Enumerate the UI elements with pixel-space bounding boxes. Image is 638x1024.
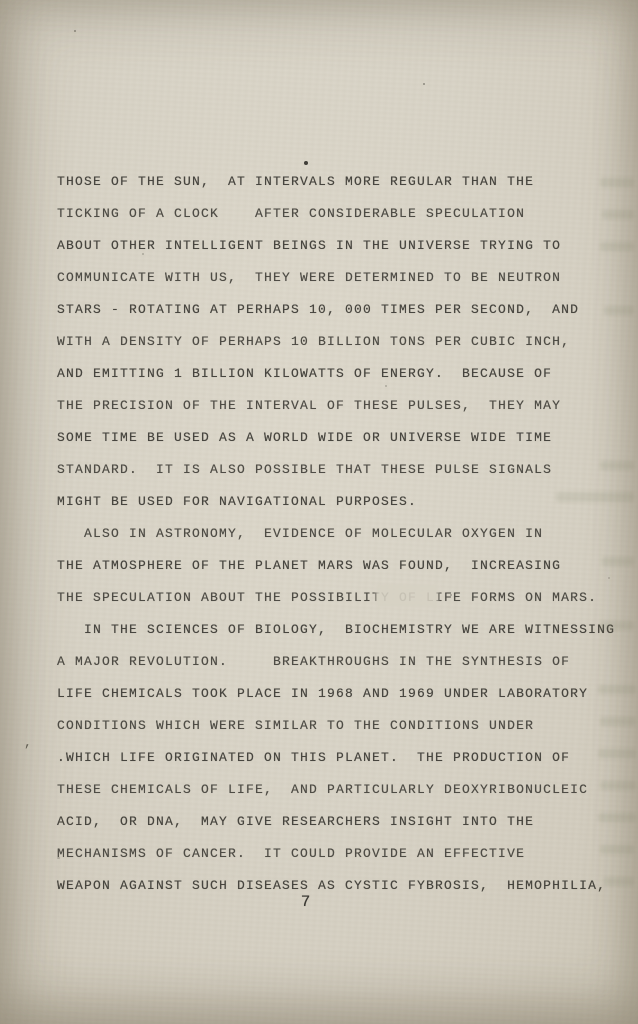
paper-speck: [608, 577, 610, 579]
ink-dot: [304, 161, 308, 165]
text-line: STANDARD. IT IS ALSO POSSIBLE THAT THESE…: [57, 454, 632, 486]
paper-speck: [142, 253, 144, 255]
text-line: A MAJOR REVOLUTION. BREAKTHROUGHS IN THE…: [57, 646, 632, 678]
text-line: MECHANISMS OF CANCER. IT COULD PROVIDE A…: [57, 838, 632, 870]
text-line: WITH A DENSITY OF PERHAPS 10 BILLION TON…: [57, 326, 632, 358]
margin-stray-mark: ,: [24, 735, 32, 750]
bleed-through-mark: [604, 306, 634, 315]
text-line: ACID, OR DNA, MAY GIVE RESEARCHERS INSIG…: [57, 806, 632, 838]
bleed-through-mark: [600, 242, 634, 251]
paper-speck: [450, 594, 452, 596]
text-line: MIGHT BE USED FOR NAVIGATIONAL PURPOSES.: [57, 486, 632, 518]
text-line: IN THE SCIENCES OF BIOLOGY, BIOCHEMISTRY…: [57, 614, 632, 646]
scanned-page: THOSE OF THE SUN, AT INTERVALS MORE REGU…: [0, 0, 638, 1024]
paper-speck: [385, 385, 387, 387]
text-line: LIFE CHEMICALS TOOK PLACE IN 1968 AND 19…: [57, 678, 632, 710]
text-line: THE SPECULATION ABOUT THE POSSIBILITY OF…: [57, 582, 632, 614]
text-line: TICKING OF A CLOCK AFTER CONSIDERABLE SP…: [57, 198, 632, 230]
text-line: ABOUT OTHER INTELLIGENT BEINGS IN THE UN…: [57, 230, 632, 262]
page-number: 7: [294, 893, 318, 911]
bleed-through-mark: [598, 685, 636, 694]
bleed-through-mark: [556, 492, 634, 502]
bleed-through-mark: [600, 717, 636, 726]
bleed-through-mark: [602, 210, 634, 219]
bleed-through-mark: [602, 557, 634, 566]
text-line: THE PRECISION OF THE INTERVAL OF THESE P…: [57, 390, 632, 422]
text-line: AND EMITTING 1 BILLION KILOWATTS OF ENER…: [57, 358, 632, 390]
text-line: THE ATMOSPHERE OF THE PLANET MARS WAS FO…: [57, 550, 632, 582]
body-text: THOSE OF THE SUN, AT INTERVALS MORE REGU…: [57, 166, 632, 902]
text-line: CONDITIONS WHICH WERE SIMILAR TO THE CON…: [57, 710, 632, 742]
bleed-through-mark: [600, 178, 634, 187]
text-line: .WHICH LIFE ORIGINATED ON THIS PLANET. T…: [57, 742, 632, 774]
text-line: STARS - ROTATING AT PERHAPS 10, 000 TIME…: [57, 294, 632, 326]
bleed-through-mark: [598, 749, 636, 758]
scan-fade-smudge: [376, 584, 438, 607]
text-line: COMMUNICATE WITH US, THEY WERE DETERMINE…: [57, 262, 632, 294]
paper-speck: [57, 857, 60, 859]
paper-speck: [74, 30, 76, 32]
paper-speck: [423, 83, 425, 85]
bleed-through-mark: [598, 813, 636, 822]
text-line: THOSE OF THE SUN, AT INTERVALS MORE REGU…: [57, 166, 632, 198]
text-line: SOME TIME BE USED AS A WORLD WIDE OR UNI…: [57, 422, 632, 454]
bleed-through-mark: [604, 877, 634, 886]
bleed-through-mark: [600, 621, 634, 630]
bleed-through-mark: [600, 781, 636, 790]
text-line: WEAPON AGAINST SUCH DISEASES AS CYSTIC F…: [57, 870, 632, 902]
text-line: ALSO IN ASTRONOMY, EVIDENCE OF MOLECULAR…: [57, 518, 632, 550]
text-line: THESE CHEMICALS OF LIFE, AND PARTICULARL…: [57, 774, 632, 806]
bleed-through-mark: [600, 461, 634, 470]
bleed-through-mark: [600, 845, 634, 854]
